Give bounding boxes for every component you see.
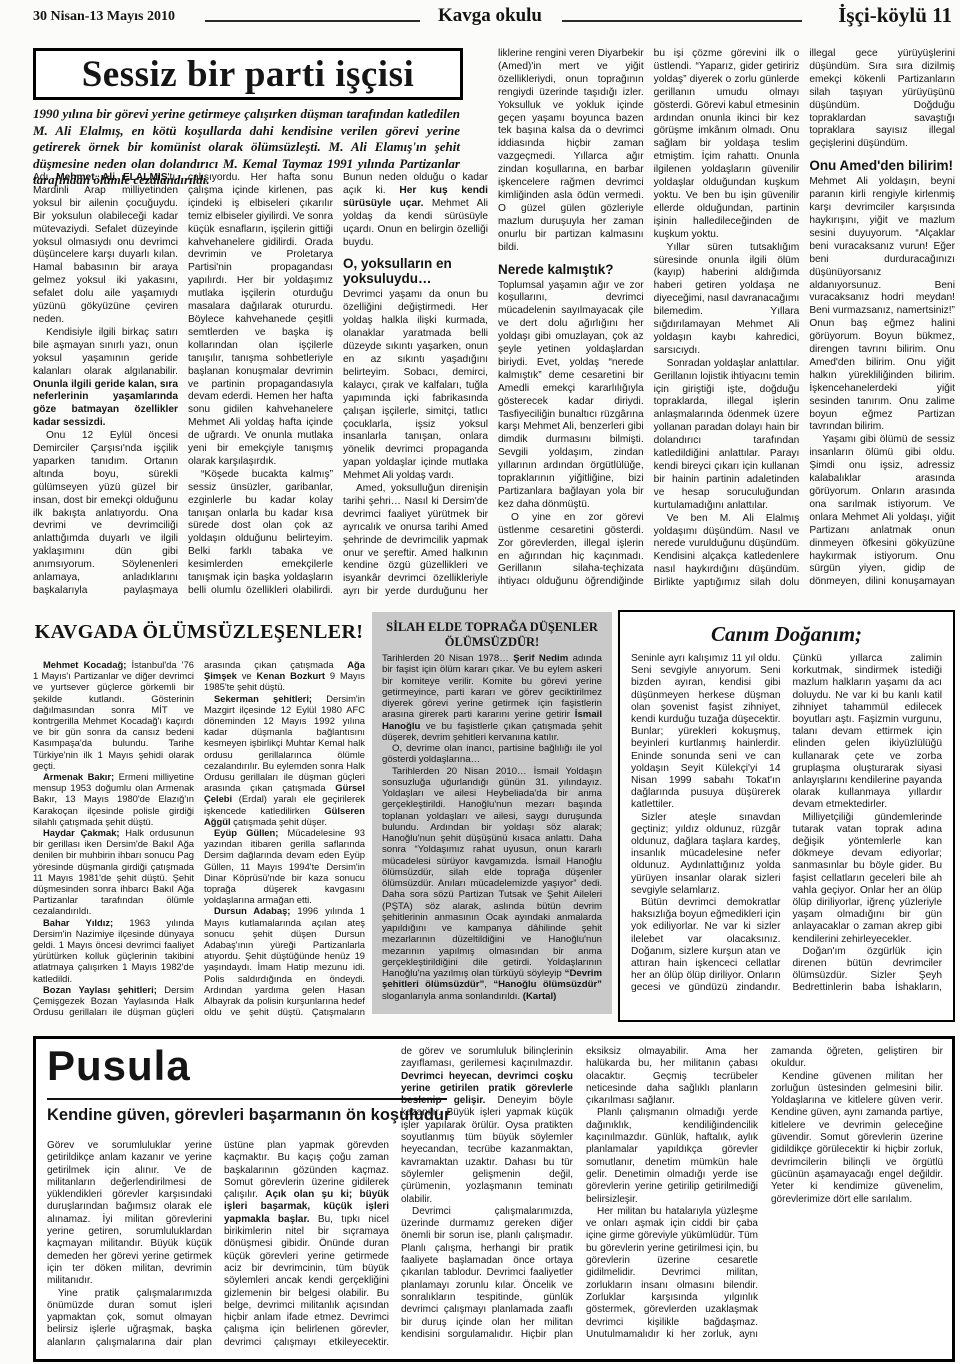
paragraph: Mehmet Ali yoldaşın, beyni paranın kirli… (809, 176, 955, 434)
silah-section-body: Tarihlerden 20 Nisan 1978… Şerif Nedim a… (382, 653, 602, 1007)
paragraph: Devrimci yaşamı da onun bu özelliğini de… (343, 289, 488, 483)
paragraph: Armenak Bakır; Ermeni milliyetine mensup… (33, 771, 194, 827)
kavgada-section-title: KAVGADA ÖLÜMSÜZLEŞENLER! (33, 621, 365, 644)
paragraph: Planlı çalışmanın olmadığı yerde dağınık… (586, 1107, 758, 1205)
paragraph: Tarihlerden 20 Nisan 2010… İsmail Yoldaş… (382, 766, 602, 1002)
paragraph: Eyüp Güllen; Mücadelesine 93 yazından it… (204, 827, 365, 905)
article-subheading: Nerede kalmıştık? (498, 262, 644, 277)
article-subheading: Onu Amed'den bilirim! (809, 158, 955, 173)
paragraph: O, devrime olan inancı, partisine bağlıl… (382, 743, 602, 766)
paragraph: Yıllar süren tutsaklığım süresinde onunl… (654, 242, 800, 358)
paragraph: Kendisiyle ilgili birkaç satırı bile aşm… (33, 327, 178, 430)
canim-letter-body: Seninle ayrı kalışımız 11 yıl oldu. Seni… (631, 653, 942, 1005)
paragraph: Mehmet Kocadağ; İstanbul'da '76 1 Mayıs'… (33, 659, 194, 771)
paragraph: Sizler ateşle sınavdan geçtiniz; yıldız … (631, 812, 781, 897)
article-columns-left: Adı Mehmet Ali ELALMIŞ'tı. Mardinli Arap… (33, 172, 488, 600)
kavgada-section-body: Mehmet Kocadağ; İstanbul'da '76 1 Mayıs'… (33, 659, 365, 1018)
paragraph: liklerine rengini veren Diyarbekir (Amed… (498, 48, 644, 255)
pusula-logo: Pusula (47, 1042, 191, 1090)
pusula-body-right: de görev ve sorumluluk bilinçlerinin zay… (401, 1046, 943, 1350)
paragraph: Bahar Yıldız; 1963 yılında Dersim'in Naz… (33, 917, 194, 984)
article-subheading: O, yoksulların en yoksuluydu… (343, 256, 488, 286)
paragraph: Seninle ayrı kalışımız 11 yıl oldu. Seni… (631, 653, 781, 812)
pusula-underline (47, 1098, 447, 1100)
paragraph: Adı Mehmet Ali ELALMIŞ'tı. Mardinli Arap… (33, 172, 178, 327)
paragraph: Toplumsal yaşamın ağır ve zor koşulların… (498, 280, 644, 512)
paragraph: de görev ve sorumluluk bilinçlerinin zay… (401, 1046, 573, 1206)
paragraph: Milliyetçiliği gündemlerinde tutarak vat… (793, 812, 943, 946)
article-title: Sessiz bir parti işçisi (82, 53, 415, 96)
canim-letter-box: Canım Doğanım; Seninle ayrı kalışımız 11… (618, 610, 955, 1022)
masthead-rule-right (562, 20, 802, 22)
paragraph: Kendine güvenen militan her zorluğun üst… (771, 1071, 943, 1206)
pusula-body-left: Görev ve sorumluluklar yerine getirildik… (47, 1140, 389, 1350)
silah-section-box: SİLAH ELDE TOPRAĞA DÜŞENLER ÖLÜMSÜZDÜR! … (372, 612, 612, 1014)
canim-letter-title: Canım Doğanım; (631, 622, 942, 647)
paragraph: Haydar Çakmak; Halk ordusunun bir gerill… (33, 827, 194, 917)
paragraph: Görev ve sorumluluklar yerine getirildik… (47, 1140, 212, 1288)
masthead-section-title: Kavga okulu (420, 5, 560, 27)
paragraph: Sekerman şehitleri; Dersim'in Mazgirt il… (204, 693, 365, 827)
masthead-rule-left (205, 20, 420, 22)
newspaper-page: { "masthead": { "date": "30 Nisan-13 May… (0, 0, 960, 1364)
silah-section-title: SİLAH ELDE TOPRAĞA DÜŞENLER ÖLÜMSÜZDÜR! (382, 620, 602, 649)
paragraph: Sonradan yoldaşlar anlattılar. Gerillanı… (654, 358, 800, 513)
masthead-paper-title: İşçi-köylü 11 (838, 3, 952, 28)
article-columns-right: liklerine rengini veren Diyarbekir (Amed… (498, 48, 955, 601)
masthead-date: 30 Nisan-13 Mayıs 2010 (33, 9, 175, 25)
article-title-box: Sessiz bir parti işçisi (33, 48, 463, 100)
paragraph: Tarihlerden 20 Nisan 1978… Şerif Nedim a… (382, 653, 602, 743)
